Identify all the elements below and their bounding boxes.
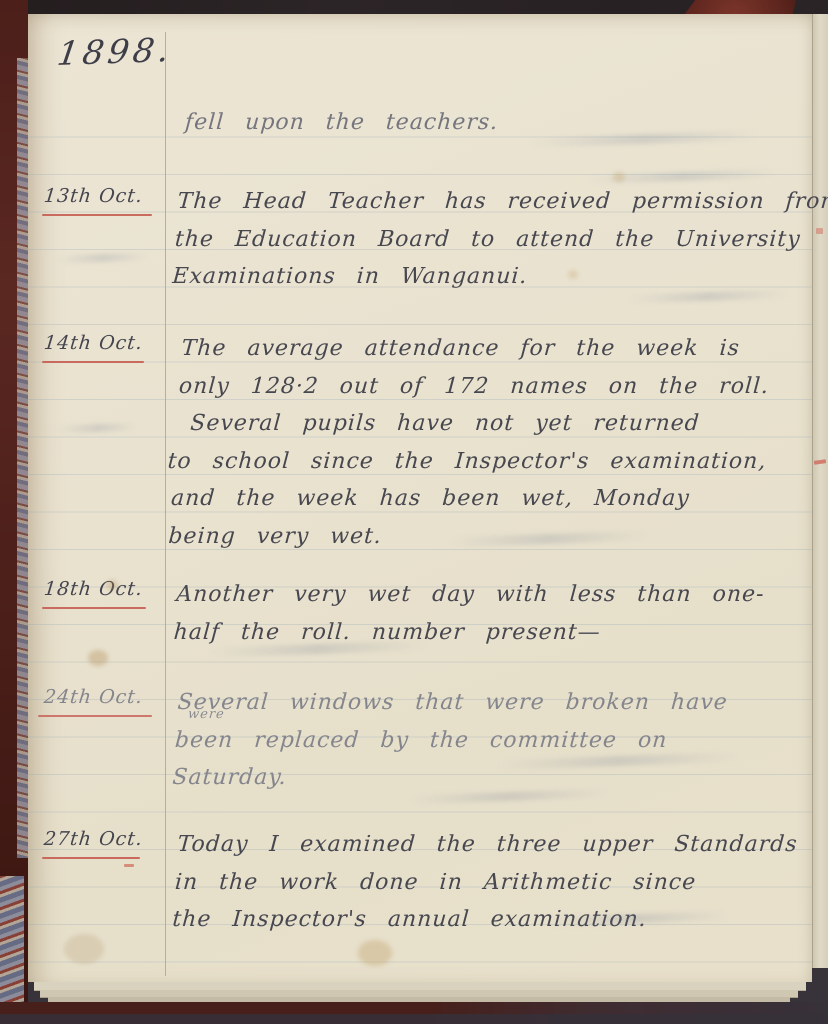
entry-line: the Inspector's annual examination. xyxy=(171,901,794,939)
background-bottom-band xyxy=(0,1014,828,1024)
entry-body: Today I examined the three upper Standar… xyxy=(171,826,799,939)
entry-line: Today I examined the three upper Standar… xyxy=(176,826,799,864)
year-heading: 1898. xyxy=(55,30,176,73)
page-edge-strip xyxy=(812,14,828,968)
entry-body: Several windows that were broken have be… xyxy=(171,684,729,797)
marbled-corner-bottom-left xyxy=(0,876,24,1006)
entry-date: 14th Oct. xyxy=(43,332,144,354)
entry-body: The average attendance for the week is o… xyxy=(167,330,775,555)
red-margin-line xyxy=(165,32,166,976)
entry-line: Saturday. xyxy=(171,759,724,797)
entry-line: and the week has been wet, Monday xyxy=(170,480,765,518)
entry-line: half the roll. number present— xyxy=(172,614,763,652)
entry-date: 13th Oct. xyxy=(43,185,144,207)
inserted-correction: were xyxy=(187,707,225,722)
stain xyxy=(613,172,625,182)
entry-body: Another very wet day with less than one-… xyxy=(172,576,765,651)
date-underline xyxy=(38,715,152,717)
entry-line: been replaced by the committee on xyxy=(174,722,727,760)
continuation-line: fell upon the teachers. xyxy=(184,110,499,135)
stain xyxy=(358,940,392,966)
entry-line: to school since the Inspector's examinat… xyxy=(166,443,767,481)
journal-page: 1898. fell upon the teachers. 13th Oct. … xyxy=(28,14,812,982)
stain xyxy=(64,934,104,964)
date-underline xyxy=(42,607,146,609)
date-underline xyxy=(42,214,152,216)
marbled-edge-strip xyxy=(17,58,28,858)
entry-line: Examinations in Wanganui. xyxy=(171,258,828,296)
date-underline xyxy=(42,361,144,363)
entry-line: The average attendance for the week is xyxy=(180,330,775,368)
entry-date: 27th Oct. xyxy=(43,828,144,850)
entry-line: Another very wet day with less than one- xyxy=(175,576,766,614)
entry-line: in the work done in Arithmetic since xyxy=(174,864,797,902)
entry-date: 24th Oct. xyxy=(43,686,144,708)
stain xyxy=(88,650,108,666)
bleed-through xyxy=(58,423,138,434)
entry-date: 18th Oct. xyxy=(43,578,144,600)
entry-line: The Head Teacher has received permission… xyxy=(176,183,828,221)
entry-line: the Education Board to attend the Univer… xyxy=(174,221,828,259)
date-underline xyxy=(42,857,140,859)
entry-line: being very wet. xyxy=(167,518,762,556)
entry-body: The Head Teacher has received permission… xyxy=(171,183,828,296)
bleed-through xyxy=(58,252,148,263)
entry-line: only 128·2 out of 172 names on the roll. xyxy=(178,368,773,406)
entry-line: Several windows that were broken have xyxy=(176,684,729,722)
entry-line: Several pupils have not yet returned xyxy=(175,405,770,443)
bleed-through xyxy=(528,130,758,148)
bleed-through xyxy=(588,169,778,185)
red-check-mark xyxy=(124,864,134,867)
